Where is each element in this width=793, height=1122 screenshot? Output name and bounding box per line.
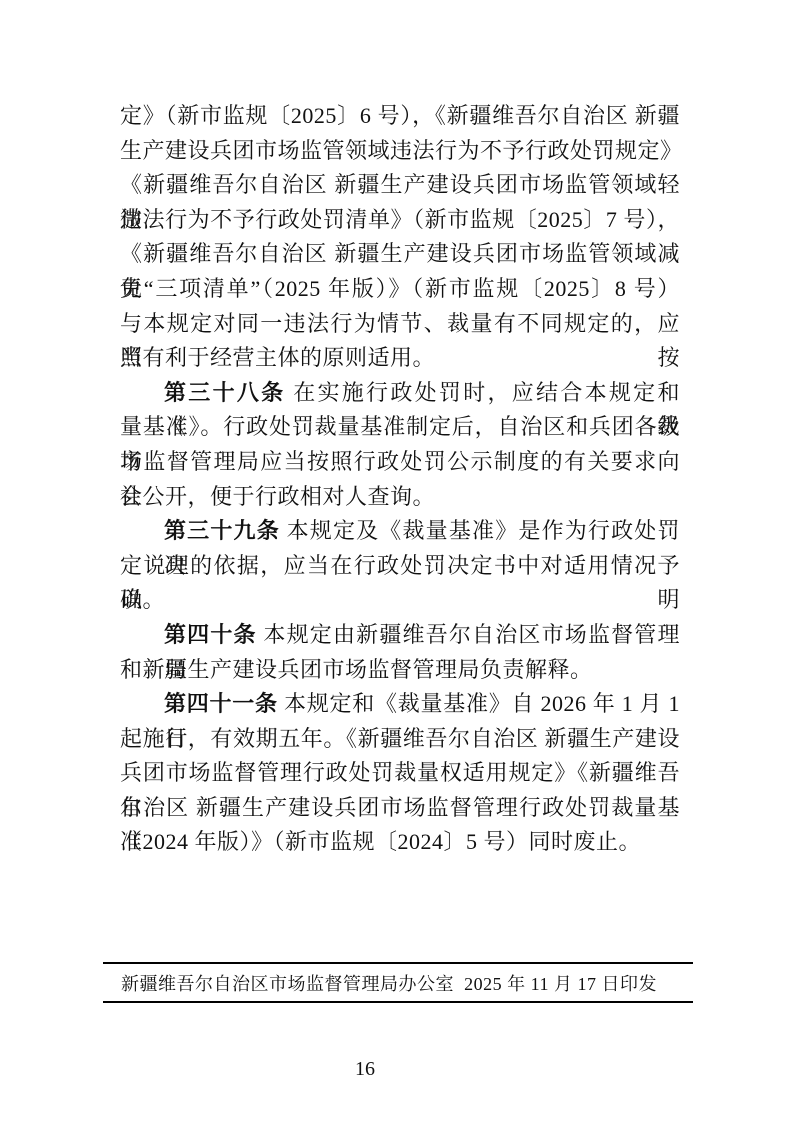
body-line-text: 确。 xyxy=(120,587,165,612)
body-line: 违法行为不予行政处罚清单》（新市监规〔2025〕7 号）， xyxy=(120,203,680,238)
body-line: （2024 年版）》（新市监规〔2024〕5 号）同时废止。 xyxy=(120,825,680,860)
body-line-article-41: 第四十一条 本规定和《裁量基准》自 2026 年 1 月 1 日 xyxy=(120,687,680,722)
body-line: 量基准》。行政处罚裁量基准制定后，自治区和兵团各级市 xyxy=(120,410,680,445)
body-line: 自治区 新疆生产建设兵团市场监督管理行政处罚裁量基准 xyxy=(120,791,680,826)
body-line-text: 定》（新市监规〔2025〕6 号），《新疆维吾尔自治区 新疆 xyxy=(120,103,680,128)
body-line-text: 责“三项清单”（2025 年版）》（新市监规〔2025〕8 号） xyxy=(120,276,680,301)
article-number: 第四十一条 xyxy=(164,691,278,716)
body-line-text: 违法行为不予行政处罚清单》（新市监规〔2025〕7 号）， xyxy=(120,207,680,232)
page-number: 16 xyxy=(0,1058,730,1081)
body-line-text: （2024 年版）》（新市监规〔2024〕5 号）同时废止。 xyxy=(120,829,641,854)
footer-print-date: 2025 年 11 月 17 日印发 xyxy=(464,970,657,996)
footer-colophon: 新疆维吾尔自治区市场监督管理局办公室 2025 年 11 月 17 日印发 xyxy=(103,962,693,1003)
body-text: 定》（新市监规〔2025〕6 号），《新疆维吾尔自治区 新疆 生产建设兵团市场监… xyxy=(120,99,680,860)
article-number: 第四十条 xyxy=(164,622,257,647)
body-line-article-40: 第四十条 本规定由新疆维吾尔自治区市场监督管理局 xyxy=(120,618,680,653)
body-line-text: 起施行，有效期五年。《新疆维吾尔自治区 新疆生产建设 xyxy=(120,726,680,751)
body-line: 《新疆维吾尔自治区 新疆生产建设兵团市场监管领域轻微 xyxy=(120,168,680,203)
body-line: 定》（新市监规〔2025〕6 号），《新疆维吾尔自治区 新疆 xyxy=(120,99,680,134)
document-page: 定》（新市监规〔2025〕6 号），《新疆维吾尔自治区 新疆 生产建设兵团市场监… xyxy=(0,0,793,1122)
body-line: 和新疆生产建设兵团市场监督管理局负责解释。 xyxy=(120,653,680,688)
body-line: 场监督管理局应当按照行政处罚公示制度的有关要求向社 xyxy=(120,445,680,480)
body-line-text: 会公开，便于行政相对人查询。 xyxy=(120,484,435,509)
body-line-article-39: 第三十九条 本规定及《裁量基准》是作为行政处罚决 xyxy=(120,514,680,549)
footer-issuer: 新疆维吾尔自治区市场监督管理局办公室 xyxy=(121,970,454,996)
body-line-text: 照有利于经营主体的原则适用。 xyxy=(120,345,435,370)
body-line: 定说理的依据，应当在行政处罚决定书中对适用情况予以明 xyxy=(120,549,680,584)
article-number: 第三十八条 xyxy=(164,380,285,405)
body-line: 会公开，便于行政相对人查询。 xyxy=(120,480,680,515)
body-line: 《新疆维吾尔自治区 新疆生产建设兵团市场监管领域减免 xyxy=(120,237,680,272)
body-line: 与本规定对同一违法行为情节、裁量有不同规定的，应当按 xyxy=(120,307,680,342)
body-line-text: 和新疆生产建设兵团市场监督管理局负责解释。 xyxy=(120,657,593,682)
body-line: 起施行，有效期五年。《新疆维吾尔自治区 新疆生产建设 xyxy=(120,722,680,757)
body-line-text: 生产建设兵团市场监管领域违法行为不予行政处罚规定》 xyxy=(120,138,683,163)
body-line: 责“三项清单”（2025 年版）》（新市监规〔2025〕8 号） xyxy=(120,272,680,307)
body-line: 兵团市场监督管理行政处罚裁量权适用规定》《新疆维吾尔 xyxy=(120,756,680,791)
body-line-article-38: 第三十八条 在实施行政处罚时，应结合本规定和《裁 xyxy=(120,376,680,411)
article-number: 第三十九条 xyxy=(164,518,280,543)
body-line-text: 定说理的依据，应当在行政处罚决定书中对适用情况予以明 xyxy=(120,553,680,613)
body-line: 生产建设兵团市场监管领域违法行为不予行政处罚规定》 xyxy=(120,134,680,169)
